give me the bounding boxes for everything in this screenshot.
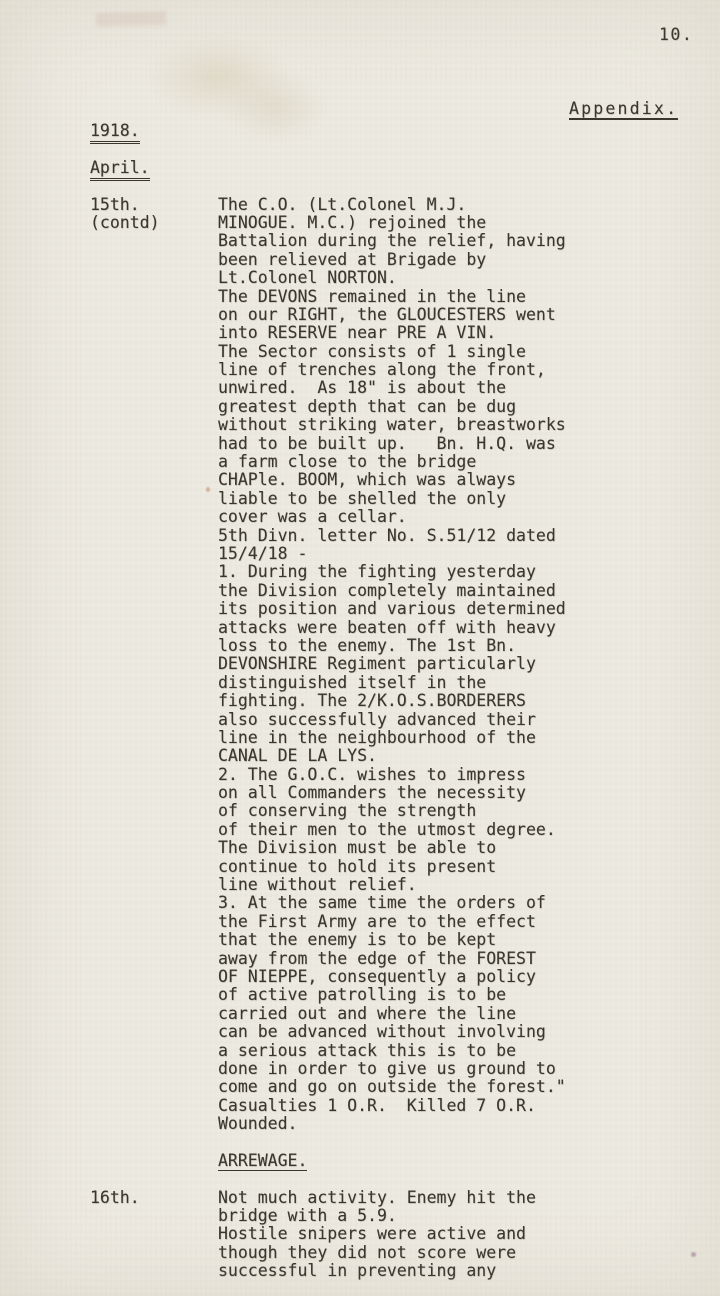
diary-text: line without relief.: [218, 875, 417, 894]
margin-spacer: [90, 968, 218, 986]
diary-text-line: Wounded.: [218, 1115, 297, 1133]
diary-row: of active patrolling is to be: [90, 986, 690, 1004]
diary-text: come and go on outside the forest.": [218, 1077, 566, 1096]
diary-row: the First Army are to the effect: [90, 913, 690, 931]
diary-row: away from the edge of the FOREST: [90, 950, 690, 968]
margin-spacer: [90, 563, 218, 581]
margin-spacer: [90, 508, 218, 526]
scanned-war-diary-page: { "page": { "number": "10.", "appendix_l…: [0, 0, 720, 1296]
margin-spacer: [90, 1005, 218, 1023]
diary-text: on all Commanders the necessity: [218, 783, 526, 802]
margin-spacer: [90, 894, 218, 912]
diary-text-line: CHAPle. BOOM, which was always: [218, 471, 516, 489]
diary-text: unwired. As 18" is about the: [218, 378, 506, 397]
diary-row: done in order to give us ground to: [90, 1060, 690, 1078]
margin-spacer: [90, 379, 218, 397]
margin-spacer: [90, 324, 218, 342]
diary-text-line: a farm close to the bridge: [218, 453, 476, 471]
margin-spacer: [90, 1078, 218, 1096]
diary-row: also successfully advanced their: [90, 711, 690, 729]
margin-spacer: [90, 251, 218, 269]
diary-text-line: of active patrolling is to be: [218, 986, 506, 1004]
diary-text-line: line of trenches along the front,: [218, 361, 546, 379]
diary-text-line: had to be built up. Bn. H.Q. was: [218, 435, 556, 453]
diary-row: a serious attack this is to be: [90, 1042, 690, 1060]
diary-text-line: 1. During the fighting yesterday: [218, 563, 536, 581]
diary-text: Battalion during the relief, having: [218, 231, 566, 250]
entry-date-label: 16th.: [90, 1189, 218, 1207]
diary-row: CHAPle. BOOM, which was always: [90, 471, 690, 489]
diary-text-line: attacks were beaten off with heavy: [218, 619, 556, 637]
diary-row: on all Commanders the necessity: [90, 784, 690, 802]
margin-spacer: [90, 1042, 218, 1060]
diary-text-line: Casualties 1 O.R. Killed 7 O.R.: [218, 1097, 536, 1115]
diary-row: OF NIEPPE, consequently a policy: [90, 968, 690, 986]
diary-text: line of trenches along the front,: [218, 360, 546, 379]
diary-text: 15/4/18 -: [218, 544, 307, 563]
diary-grid: 1918.April.15th.The C.O. (Lt.Colonel M.J…: [90, 122, 690, 1281]
diary-text: the First Army are to the effect: [218, 912, 536, 931]
margin-spacer: [90, 766, 218, 784]
diary-row: [90, 140, 690, 158]
margin-spacer: [90, 471, 218, 489]
margin-spacer: [90, 545, 218, 563]
diary-text-line: its position and various determined: [218, 600, 566, 618]
margin-spacer: [90, 729, 218, 747]
diary-text: 3. At the same time the orders of: [218, 893, 546, 912]
margin-spacer: [90, 140, 218, 158]
diary-text: Lt.Colonel NORTON.: [218, 268, 397, 287]
diary-text: 1. During the fighting yesterday: [218, 562, 536, 581]
diary-text: carried out and where the line: [218, 1004, 516, 1023]
entry-date-label: 1918.: [90, 122, 218, 140]
diary-text-line: Lt.Colonel NORTON.: [218, 269, 397, 287]
diary-text: DEVONSHIRE Regiment particularly: [218, 654, 536, 673]
diary-row: The Sector consists of 1 single: [90, 343, 690, 361]
margin-spacer: [90, 986, 218, 1004]
diary-row: a farm close to the bridge: [90, 453, 690, 471]
diary-text: fighting. The 2/K.O.S.BORDERERS: [218, 691, 526, 710]
diary-text-line: Not much activity. Enemy hit the: [218, 1189, 536, 1207]
diary-text-line: a serious attack this is to be: [218, 1042, 516, 1060]
diary-text-line: that the enemy is to be kept: [218, 931, 496, 949]
margin-spacer: [90, 1262, 218, 1280]
diary-text-line: the Division completely maintained: [218, 582, 556, 600]
diary-row: of their men to the utmost degree.: [90, 821, 690, 839]
diary-text-line: can be advanced without involving: [218, 1023, 546, 1041]
entry-date-text: 15th.: [90, 195, 140, 214]
diary-text-line: on our RIGHT, the GLOUCESTERS went: [218, 306, 556, 324]
diary-row: 16th.Not much activity. Enemy hit the: [90, 1189, 690, 1207]
margin-spacer: [90, 361, 218, 379]
margin-spacer: [90, 1244, 218, 1262]
margin-spacer: [90, 1097, 218, 1115]
diary-row: CANAL DE LA LYS.: [90, 747, 690, 765]
diary-text: successful in preventing any: [218, 1261, 496, 1280]
diary-text: done in order to give us ground to: [218, 1059, 556, 1078]
margin-spacer: [90, 821, 218, 839]
entry-date-label: (contd): [90, 214, 218, 232]
diary-text: into RESERVE near PRE A VIN.: [218, 323, 496, 342]
diary-text: of active patrolling is to be: [218, 985, 506, 1004]
diary-text: without striking water, breastworks: [218, 415, 566, 434]
diary-text: 5th Divn. letter No. S.51/12 dated: [218, 526, 556, 545]
margin-spacer: [90, 711, 218, 729]
margin-spacer: [90, 1152, 218, 1170]
diary-row: cover was a cellar.: [90, 508, 690, 526]
diary-row: liable to be shelled the only: [90, 490, 690, 508]
diary-text-line: The DEVONS remained in the line: [218, 288, 526, 306]
diary-text-line: greatest depth that can be dug: [218, 398, 516, 416]
margin-spacer: [90, 655, 218, 673]
diary-text: had to be built up. Bn. H.Q. was: [218, 434, 556, 453]
margin-spacer: [90, 747, 218, 765]
diary-text-line: fighting. The 2/K.O.S.BORDERERS: [218, 692, 526, 710]
diary-row: continue to hold its present: [90, 858, 690, 876]
appendix-heading-text: Appendix.: [569, 99, 678, 120]
diary-text: bridge with a 5.9.: [218, 1206, 397, 1225]
diary-row: loss to the enemy. The 1st Bn.: [90, 637, 690, 655]
diary-text-line: The Division must be able to: [218, 839, 496, 857]
diary-row: [90, 177, 690, 195]
margin-spacer: [90, 784, 218, 802]
diary-text: loss to the enemy. The 1st Bn.: [218, 636, 516, 655]
diary-text: on our RIGHT, the GLOUCESTERS went: [218, 305, 556, 324]
margin-spacer: [90, 582, 218, 600]
diary-row: 5th Divn. letter No. S.51/12 dated: [90, 527, 690, 545]
diary-text-line: without striking water, breastworks: [218, 416, 566, 434]
diary-text-line: bridge with a 5.9.: [218, 1207, 397, 1225]
margin-spacer: [90, 1133, 218, 1151]
diary-row: greatest depth that can be dug: [90, 398, 690, 416]
diary-row: fighting. The 2/K.O.S.BORDERERS: [90, 692, 690, 710]
margin-spacer: [90, 269, 218, 287]
diary-text: of their men to the utmost degree.: [218, 820, 556, 839]
margin-spacer: [90, 858, 218, 876]
diary-text: Wounded.: [218, 1114, 297, 1133]
diary-row: though they did not score were: [90, 1244, 690, 1262]
diary-row: 15th.The C.O. (Lt.Colonel M.J.: [90, 196, 690, 214]
diary-text-line: continue to hold its present: [218, 858, 496, 876]
entry-date-label: 15th.: [90, 196, 218, 214]
diary-text: line in the neighbourhood of the: [218, 728, 536, 747]
entry-date-text: 16th.: [90, 1188, 140, 1207]
margin-spacer: [90, 1170, 218, 1188]
margin-spacer: [90, 435, 218, 453]
diary-row: line without relief.: [90, 876, 690, 894]
diary-text-line: distinguished itself in the: [218, 674, 486, 692]
diary-text: The DEVONS remained in the line: [218, 287, 526, 306]
diary-text: liable to be shelled the only: [218, 489, 506, 508]
margin-spacer: [90, 306, 218, 324]
diary-text-line: carried out and where the line: [218, 1005, 516, 1023]
diary-text: CHAPle. BOOM, which was always: [218, 470, 516, 489]
diary-row: line in the neighbourhood of the: [90, 729, 690, 747]
diary-row: distinguished itself in the: [90, 674, 690, 692]
diary-text: attacks were beaten off with heavy: [218, 618, 556, 637]
diary-row: [90, 1170, 690, 1188]
diary-row: come and go on outside the forest.": [90, 1078, 690, 1096]
diary-row: unwired. As 18" is about the: [90, 379, 690, 397]
diary-text-line: successful in preventing any: [218, 1262, 496, 1280]
margin-spacer: [90, 637, 218, 655]
margin-spacer: [90, 1115, 218, 1133]
diary-text-line: 2. The G.O.C. wishes to impress: [218, 766, 526, 784]
diary-text: The C.O. (Lt.Colonel M.J.: [218, 195, 466, 214]
diary-text: though they did not score were: [218, 1243, 516, 1262]
page-number: 10.: [659, 26, 693, 44]
margin-spacer: [90, 177, 218, 195]
diary-text-line: the First Army are to the effect: [218, 913, 536, 931]
diary-row: Casualties 1 O.R. Killed 7 O.R.: [90, 1097, 690, 1115]
diary-text-line: OF NIEPPE, consequently a policy: [218, 968, 536, 986]
diary-row: Hostile snipers were active and: [90, 1225, 690, 1243]
diary-text: its position and various determined: [218, 599, 566, 618]
diary-text: been relieved at Brigade by: [218, 250, 486, 269]
diary-row: had to be built up. Bn. H.Q. was: [90, 435, 690, 453]
diary-row: (contd)MINOGUE. M.C.) rejoined the: [90, 214, 690, 232]
diary-text: The Sector consists of 1 single: [218, 342, 526, 361]
diary-row: 3. At the same time the orders of: [90, 894, 690, 912]
diary-text-line: CANAL DE LA LYS.: [218, 747, 377, 765]
diary-text: greatest depth that can be dug: [218, 397, 516, 416]
diary-row: line of trenches along the front,: [90, 361, 690, 379]
diary-row: been relieved at Brigade by: [90, 251, 690, 269]
diary-row: the Division completely maintained: [90, 582, 690, 600]
diary-text-line: 3. At the same time the orders of: [218, 894, 546, 912]
diary-text: can be advanced without involving: [218, 1022, 546, 1041]
diary-text: away from the edge of the FOREST: [218, 949, 536, 968]
diary-text-line: of conserving the strength: [218, 802, 476, 820]
diary-text-line: loss to the enemy. The 1st Bn.: [218, 637, 516, 655]
diary-text-line: also successfully advanced their: [218, 711, 536, 729]
margin-spacer: [90, 802, 218, 820]
diary-text-line: DEVONSHIRE Regiment particularly: [218, 655, 536, 673]
margin-spacer: [90, 490, 218, 508]
diary-row: The Division must be able to: [90, 839, 690, 857]
margin-spacer: [90, 1225, 218, 1243]
margin-spacer: [90, 876, 218, 894]
diary-text: Not much activity. Enemy hit the: [218, 1188, 536, 1207]
diary-row: without striking water, breastworks: [90, 416, 690, 434]
diary-row: attacks were beaten off with heavy: [90, 619, 690, 637]
diary-text: The Division must be able to: [218, 838, 496, 857]
margin-spacer: [90, 232, 218, 250]
diary-row: carried out and where the line: [90, 1005, 690, 1023]
diary-row: 15/4/18 -: [90, 545, 690, 563]
margin-spacer: [90, 1060, 218, 1078]
faded-stamp-mark: [96, 11, 166, 27]
margin-spacer: [90, 398, 218, 416]
diary-text-line: into RESERVE near PRE A VIN.: [218, 324, 496, 342]
paper-speck: [691, 1252, 696, 1257]
diary-text: ARREWAGE.: [218, 1151, 307, 1171]
margin-spacer: [90, 674, 218, 692]
diary-text-line: Battalion during the relief, having: [218, 232, 566, 250]
margin-spacer: [90, 343, 218, 361]
diary-text-line: unwired. As 18" is about the: [218, 379, 506, 397]
diary-text: MINOGUE. M.C.) rejoined the: [218, 213, 486, 232]
diary-text: the Division completely maintained: [218, 581, 556, 600]
margin-spacer: [90, 600, 218, 618]
diary-text: continue to hold its present: [218, 857, 496, 876]
margin-spacer: [90, 619, 218, 637]
diary-text: a serious attack this is to be: [218, 1041, 516, 1060]
diary-text-line: done in order to give us ground to: [218, 1060, 556, 1078]
margin-spacer: [90, 527, 218, 545]
diary-row: DEVONSHIRE Regiment particularly: [90, 655, 690, 673]
diary-text-line: though they did not score were: [218, 1244, 516, 1262]
margin-spacer: [90, 839, 218, 857]
diary-row: 1918.: [90, 122, 690, 140]
diary-text: of conserving the strength: [218, 801, 476, 820]
diary-text-line: 5th Divn. letter No. S.51/12 dated: [218, 527, 556, 545]
diary-text: Hostile snipers were active and: [218, 1224, 526, 1243]
diary-text-line: liable to be shelled the only: [218, 490, 506, 508]
margin-spacer: [90, 692, 218, 710]
diary-text-line: The Sector consists of 1 single: [218, 343, 526, 361]
appendix-heading: Appendix.: [569, 100, 678, 118]
diary-text-line: Hostile snipers were active and: [218, 1225, 526, 1243]
diary-text: OF NIEPPE, consequently a policy: [218, 967, 536, 986]
diary-text: also successfully advanced their: [218, 710, 536, 729]
diary-row: April.: [90, 159, 690, 177]
diary-text-line: line in the neighbourhood of the: [218, 729, 536, 747]
diary-text-line: 15/4/18 -: [218, 545, 307, 563]
diary-text-line: ARREWAGE.: [218, 1152, 307, 1170]
diary-text: a farm close to the bridge: [218, 452, 476, 471]
diary-row: Battalion during the relief, having: [90, 232, 690, 250]
diary-row: bridge with a 5.9.: [90, 1207, 690, 1225]
diary-text-line: on all Commanders the necessity: [218, 784, 526, 802]
diary-row: 2. The G.O.C. wishes to impress: [90, 766, 690, 784]
diary-text: Casualties 1 O.R. Killed 7 O.R.: [218, 1096, 536, 1115]
margin-spacer: [90, 913, 218, 931]
diary-text-line: MINOGUE. M.C.) rejoined the: [218, 214, 486, 232]
diary-text-line: cover was a cellar.: [218, 508, 407, 526]
diary-row: Lt.Colonel NORTON.: [90, 269, 690, 287]
diary-row: ARREWAGE.: [90, 1152, 690, 1170]
diary-text-line: come and go on outside the forest.": [218, 1078, 566, 1096]
diary-text-line: line without relief.: [218, 876, 417, 894]
diary-row: that the enemy is to be kept: [90, 931, 690, 949]
diary-row: into RESERVE near PRE A VIN.: [90, 324, 690, 342]
diary-row: [90, 1133, 690, 1151]
margin-spacer: [90, 931, 218, 949]
margin-spacer: [90, 1023, 218, 1041]
diary-text: CANAL DE LA LYS.: [218, 746, 377, 765]
diary-text-line: The C.O. (Lt.Colonel M.J.: [218, 196, 466, 214]
diary-text: 2. The G.O.C. wishes to impress: [218, 765, 526, 784]
entry-date-text: (contd): [90, 213, 160, 232]
diary-row: The DEVONS remained in the line: [90, 288, 690, 306]
margin-spacer: [90, 1207, 218, 1225]
diary-text: distinguished itself in the: [218, 673, 486, 692]
diary-row: of conserving the strength: [90, 802, 690, 820]
diary-text-line: been relieved at Brigade by: [218, 251, 486, 269]
diary-text-line: away from the edge of the FOREST: [218, 950, 536, 968]
margin-spacer: [90, 950, 218, 968]
margin-spacer: [90, 453, 218, 471]
diary-text: cover was a cellar.: [218, 507, 407, 526]
margin-spacer: [90, 288, 218, 306]
diary-row: Wounded.: [90, 1115, 690, 1133]
diary-row: successful in preventing any: [90, 1262, 690, 1280]
diary-text-line: of their men to the utmost degree.: [218, 821, 556, 839]
diary-row: on our RIGHT, the GLOUCESTERS went: [90, 306, 690, 324]
margin-spacer: [90, 416, 218, 434]
diary-row: can be advanced without involving: [90, 1023, 690, 1041]
entry-date-label: April.: [90, 159, 218, 177]
diary-row: its position and various determined: [90, 600, 690, 618]
diary-text: that the enemy is to be kept: [218, 930, 496, 949]
diary-row: 1. During the fighting yesterday: [90, 563, 690, 581]
